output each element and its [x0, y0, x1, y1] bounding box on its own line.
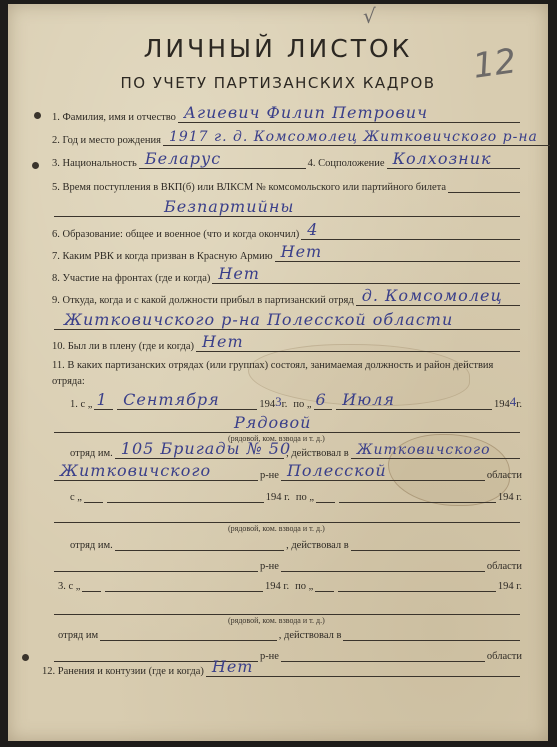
acted-value: Житковичского: [357, 442, 491, 458]
pencil-check-mark: √: [363, 4, 376, 28]
binding-hole: [32, 162, 39, 169]
field-fronts: 8. Участие на фронтах (где и когда) Нет: [52, 269, 522, 284]
field-party: 5. Время поступления в ВКП(б) или ВЛКСМ …: [52, 178, 522, 193]
document-subtitle: ПО УЧЕТУ ПАРТИЗАНСКИХ КАДРОВ: [8, 74, 548, 92]
field-label: 5. Время поступления в ВКП(б) или ВЛКСМ …: [52, 182, 446, 193]
year-label: г.: [516, 492, 522, 503]
field-nationality-row: 3. Национальность Беларус 4. Соцположени…: [52, 154, 522, 169]
field-label: 2. Год и место рождения: [52, 135, 161, 146]
year-prefix: 194: [498, 492, 514, 503]
region-value: Полесской: [287, 461, 387, 480]
to-label: по „: [295, 581, 313, 592]
document-sheet: √ 12 ЛИЧНЫЙ ЛИСТОК ПО УЧЕТУ ПАРТИЗАНСКИХ…: [8, 4, 548, 741]
field-conscription: 7. Каким РВК и когда призван в Красную А…: [52, 247, 522, 262]
to-label: по „: [296, 492, 314, 503]
detachment-1-district: Житковичского р-не Полесской области: [52, 466, 522, 481]
field-birth: 2. Год и место рождения 1917 г. д. Комсо…: [52, 131, 552, 146]
year-prefix: 194: [498, 581, 514, 592]
field-full-name: 1. Фамилия, имя и отчество Агиевич Филип…: [52, 108, 522, 123]
field-label: 3. Национальность: [52, 158, 137, 169]
unit-value: 105 Бригады № 50: [121, 439, 291, 458]
field-value: 1917 г. д. Комсомолец Житковичского р-на: [169, 129, 538, 145]
detachment-3-position: [52, 600, 522, 615]
region-label: области: [487, 651, 522, 662]
year-prefix: 194: [494, 399, 510, 410]
detachment-3-dates: 3. с „ 194 г. по „ 194 г.: [58, 577, 522, 592]
field-label: 4. Соцположение: [308, 158, 385, 169]
year-prefix: 194: [259, 399, 275, 410]
district-label: р-не: [260, 651, 279, 662]
position-caption: (рядовой, ком. взвода и т. д.): [228, 524, 325, 533]
field-label: 7. Каким РВК и когда призван в Красную А…: [52, 251, 273, 262]
field-wounds: 12. Ранения и контузии (где и когда) Нет: [42, 662, 522, 677]
field-value: Беларус: [145, 149, 221, 168]
field-value: Нет: [212, 657, 254, 676]
dates-prefix: 1. с „: [70, 399, 92, 410]
field-arrival: 9. Откуда, когда и с какой должности при…: [52, 291, 522, 306]
field-value: Нет: [202, 332, 244, 351]
district-label: р-не: [260, 561, 279, 572]
document-title: ЛИЧНЫЙ ЛИСТОК: [8, 34, 548, 63]
field-value: Нет: [281, 242, 323, 261]
detachment-2-district: р-не области: [52, 557, 522, 572]
acted-label: , действовал в: [286, 540, 349, 551]
field-value: Безпартийны: [164, 197, 294, 216]
field-label: 8. Участие на фронтах (где и когда): [52, 273, 210, 284]
year-prefix: 194: [265, 581, 281, 592]
field-education: 6. Образование: общее и военное (что и к…: [52, 225, 522, 240]
district-value: Житковичского: [60, 461, 211, 480]
field-label: 6. Образование: общее и военное (что и к…: [52, 229, 299, 240]
dates-prefix: с „: [70, 492, 82, 503]
year-label: г.: [283, 581, 289, 592]
position-caption: (рядовой, ком. взвода и т. д.): [228, 616, 325, 625]
field-label: 9. Откуда, когда и с какой должности при…: [52, 295, 354, 306]
year-label: г.: [284, 492, 290, 503]
field-arrival-line2: Житковичского р-на Полесской области: [52, 315, 522, 330]
year-label: г.: [516, 581, 522, 592]
position-value: Рядовой: [234, 413, 311, 432]
from-day: 1: [96, 390, 107, 409]
field-value: Агиевич Филип Петрович: [184, 103, 428, 122]
unit-label: отряд им: [58, 630, 98, 641]
detachment-2-dates: с „ 194 г. по „ 194 г.: [70, 488, 522, 503]
unit-label: отряд им.: [70, 448, 113, 459]
binding-hole: [22, 654, 29, 661]
detachment-2-position: [52, 508, 522, 523]
field-captivity: 10. Был ли в плену (где и когда) Нет: [52, 337, 522, 352]
field-value: 4: [307, 220, 318, 239]
field-label: 12. Ранения и контузии (где и когда): [42, 666, 204, 677]
to-label: по „: [293, 399, 311, 410]
detachment-1-position: Рядовой: [52, 418, 522, 433]
acted-label: , действовал в: [286, 448, 349, 459]
field-label: 10. Был ли в плену (где и когда): [52, 341, 194, 352]
district-label: р-не: [260, 470, 279, 481]
detachment-3-district: р-не области: [52, 647, 522, 662]
field-value: Житковичского р-на Полесской области: [64, 310, 453, 329]
year-prefix: 194: [266, 492, 282, 503]
from-month: Сентября: [123, 390, 220, 409]
to-day: 6: [316, 390, 327, 409]
region-label: области: [487, 561, 522, 572]
acted-label: , действовал в: [279, 630, 342, 641]
detachment-3-unit: отряд им , действовал в: [58, 626, 522, 641]
field-party-line2: Безпартийны: [52, 202, 522, 217]
unit-label: отряд им.: [70, 540, 113, 551]
region-label: области: [487, 470, 522, 481]
field-value: д. Комсомолец: [362, 286, 503, 305]
field-label: 1. Фамилия, имя и отчество: [52, 112, 176, 123]
field-detachments-label: 11. В каких партизанских отрядах (или гр…: [52, 358, 522, 390]
to-month: Июля: [342, 390, 395, 409]
dates-prefix: 3. с „: [58, 581, 80, 592]
detachment-1-unit: отряд им. 105 Бригады № 50 , действовал …: [70, 444, 522, 459]
year-label: г.: [516, 399, 522, 410]
field-value: Нет: [218, 264, 260, 283]
year-label: г.: [282, 399, 288, 410]
binding-hole: [34, 112, 41, 119]
detachment-2-unit: отряд им. , действовал в: [70, 536, 522, 551]
detachment-1-dates: 1. с „ 1 Сентября 1943г. по „ 6 Июля 194…: [70, 394, 522, 410]
field-value: Колхозник: [393, 149, 492, 168]
